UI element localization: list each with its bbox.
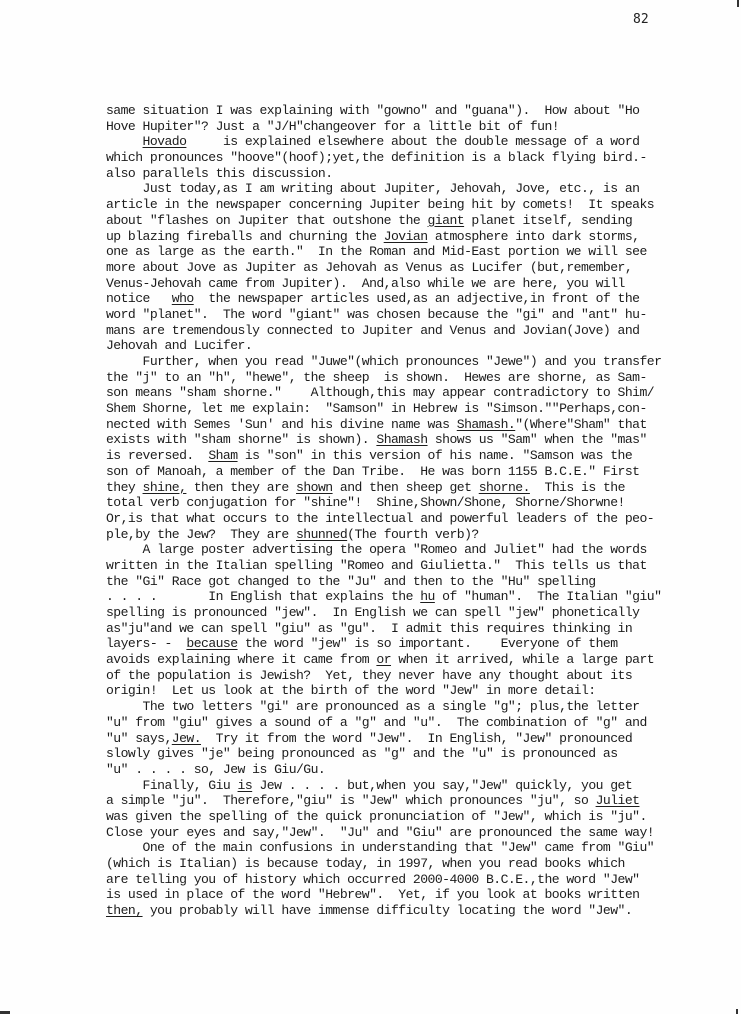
underlined-word: Jew. bbox=[172, 731, 201, 746]
text-line: of the population is Jewish? Yet, they n… bbox=[106, 668, 666, 684]
text-line: mans are tremendously connected to Jupit… bbox=[106, 323, 666, 339]
underlined-word: Shamash. bbox=[457, 417, 515, 432]
underlined-word: shorne. bbox=[479, 480, 530, 495]
text-line: "u" . . . . so, Jew is Giu/Gu. bbox=[106, 762, 666, 778]
text-line: nected with Semes 'Sun' and his divine n… bbox=[106, 417, 666, 433]
underlined-word: is bbox=[238, 778, 253, 793]
text-line: total verb conjugation for "shine"! Shin… bbox=[106, 495, 666, 511]
underlined-word: then, bbox=[106, 903, 143, 918]
underlined-word: who bbox=[172, 291, 194, 306]
text-line: "u" from "giu" gives a sound of a "g" an… bbox=[106, 715, 666, 731]
text-line: Close your eyes and say,"Jew". "Ju" and … bbox=[106, 825, 666, 841]
text-line: the "j" to an "h", "hewe", the sheep is … bbox=[106, 370, 666, 386]
text-line: A large poster advertising the opera "Ro… bbox=[106, 542, 666, 558]
text-line: Venus-Jehovah came from Jupiter). And,al… bbox=[106, 276, 666, 292]
underlined-word: hu bbox=[420, 589, 435, 604]
underlined-word: Sham bbox=[208, 448, 237, 463]
text-line: Jehovah and Lucifer. bbox=[106, 338, 666, 354]
text-line: son means "sham shorne." Although,this m… bbox=[106, 385, 666, 401]
text-line: written in the Italian spelling "Romeo a… bbox=[106, 558, 666, 574]
underlined-word: Shamash bbox=[376, 432, 427, 447]
text-line: one as large as the earth." In the Roman… bbox=[106, 244, 666, 260]
text-line: Further, when you read "Juwe"(which pron… bbox=[106, 354, 666, 370]
text-line: Just today,as I am writing about Jupiter… bbox=[106, 181, 666, 197]
text-line: is used in place of the word "Hebrew". Y… bbox=[106, 887, 666, 903]
text-line: spelling is pronounced "jew". In English… bbox=[106, 605, 666, 621]
text-line: layers- - because the word "jew" is so i… bbox=[106, 636, 666, 652]
text-line: the "Gi" Race got changed to the "Ju" an… bbox=[106, 574, 666, 590]
underlined-word: shine, bbox=[143, 480, 187, 495]
text-line: son of Manoah, a member of the Dan Tribe… bbox=[106, 464, 666, 480]
text-line: "u" says,Jew. Try it from the word "Jew"… bbox=[106, 731, 666, 747]
text-line: more about Jove as Jupiter as Jehovah as… bbox=[106, 260, 666, 276]
text-line: Finally, Giu is Jew . . . . but,when you… bbox=[106, 778, 666, 794]
text-line: avoids explaining where it came from or … bbox=[106, 652, 666, 668]
text-line: also parallels this discussion. bbox=[106, 166, 666, 182]
text-line: One of the main confusions in understand… bbox=[106, 840, 666, 856]
scan-edge-mark bbox=[737, 0, 739, 7]
text-line: Shem Shorne, let me explain: "Samson" in… bbox=[106, 401, 666, 417]
text-line: (which is Italian) is because today, in … bbox=[106, 856, 666, 872]
underlined-word: Jovian bbox=[384, 229, 428, 244]
body-text: same situation I was explaining with "go… bbox=[106, 103, 666, 919]
text-line: Hovado is explained elsewhere about the … bbox=[106, 134, 666, 150]
scan-edge-mark bbox=[736, 1009, 738, 1014]
text-line: which pronounces "hoove"(hoof);yet,the d… bbox=[106, 150, 666, 166]
text-line: as"ju"and we can spell "giu" as "gu". I … bbox=[106, 621, 666, 637]
text-line: was given the spelling of the quick pron… bbox=[106, 809, 666, 825]
underlined-word: giant bbox=[428, 213, 465, 228]
underlined-word: shunned bbox=[296, 527, 347, 542]
text-line: are telling you of history which occurre… bbox=[106, 872, 666, 888]
text-line: article in the newspaper concerning Jupi… bbox=[106, 197, 666, 213]
text-line: The two letters "gi" are pronounced as a… bbox=[106, 699, 666, 715]
text-line: . . . . In English that explains the hu … bbox=[106, 589, 666, 605]
text-line: a simple "ju". Therefore,"giu" is "Jew" … bbox=[106, 793, 666, 809]
text-line: exists with "sham shorne" is shown). Sha… bbox=[106, 432, 666, 448]
text-line: word "planet". The word "giant" was chos… bbox=[106, 307, 666, 323]
text-line: they shine, then they are shown and then… bbox=[106, 480, 666, 496]
text-line: up blazing fireballs and churning the Jo… bbox=[106, 229, 666, 245]
text-line: notice who the newspaper articles used,a… bbox=[106, 291, 666, 307]
document-page: 82 same situation I was explaining with … bbox=[0, 0, 741, 1014]
text-line: ple,by the Jew? They are shunned(The fou… bbox=[106, 527, 666, 543]
text-line: same situation I was explaining with "go… bbox=[106, 103, 666, 119]
underlined-word: because bbox=[186, 636, 237, 651]
underlined-word: or bbox=[376, 652, 391, 667]
text-line: Or,is that what occurs to the intellectu… bbox=[106, 511, 666, 527]
text-line: origin! Let us look at the birth of the … bbox=[106, 683, 666, 699]
text-line: Hove Hupiter"? Just a "J/H"changeover fo… bbox=[106, 119, 666, 135]
underlined-word: Juliet bbox=[596, 793, 640, 808]
text-line: then, you probably will have immense dif… bbox=[106, 903, 666, 919]
text-line: is reversed. Sham is "son" in this versi… bbox=[106, 448, 666, 464]
page-number: 82 bbox=[633, 12, 649, 27]
text-line: about "flashes on Jupiter that outshone … bbox=[106, 213, 666, 229]
underlined-word: shown bbox=[296, 480, 333, 495]
underlined-word: Hovado bbox=[143, 134, 187, 149]
text-line: slowly gives "je" being pronounced as "g… bbox=[106, 746, 666, 762]
